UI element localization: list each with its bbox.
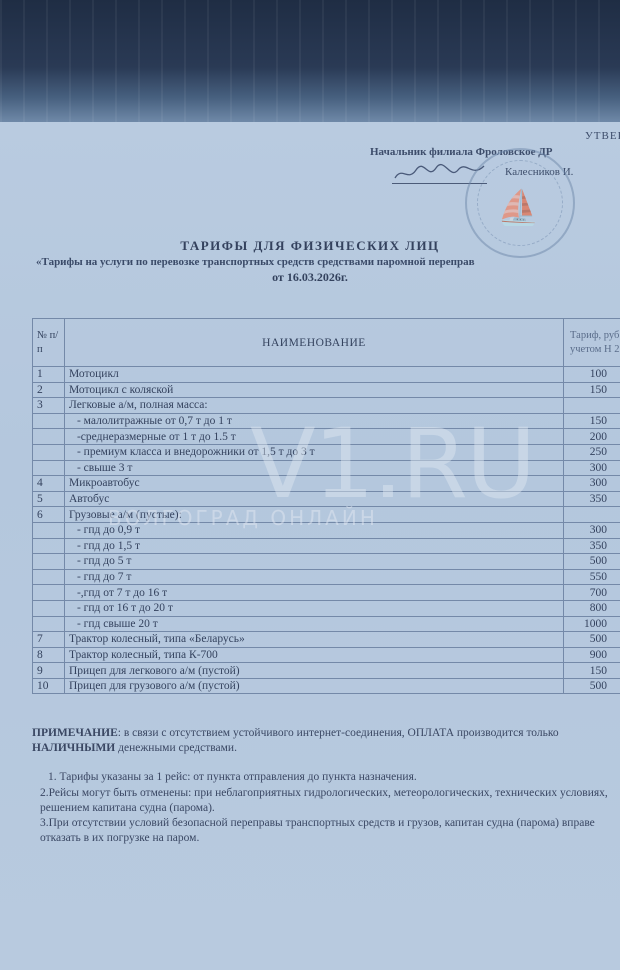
row-name: Легковые а/м, полная масса: <box>64 398 563 414</box>
row-name: Мотоцикл с коляской <box>64 382 563 398</box>
row-num: 7 <box>33 632 65 648</box>
row-price: 150 <box>564 663 620 679</box>
row-name: - премиум класса и внедорожники от 1,5 т… <box>64 444 563 460</box>
table-row: 4Микроавтобус300 <box>33 476 620 492</box>
row-name: Грузовые а/м (пустые): <box>64 507 563 523</box>
row-num <box>33 569 65 585</box>
row-price: 500 <box>564 554 620 570</box>
row-price: 900 <box>564 647 620 663</box>
row-name: - гпд до 7 т <box>64 569 563 585</box>
header-num: № п/п <box>33 319 65 367</box>
row-name: Мотоцикл <box>64 367 563 383</box>
note-text-1: : в связи с отсутствием устойчивого инте… <box>118 727 559 739</box>
row-num: 2 <box>33 382 65 398</box>
table-row: - гпд до 1,5 т350 <box>33 538 620 554</box>
row-num <box>33 429 65 445</box>
row-name: - гпд свыше 20 т <box>64 616 563 632</box>
table-row: 10Прицеп для грузового а/м (пустой)500 <box>33 678 620 694</box>
row-name: - гпд от 16 т до 20 т <box>64 600 563 616</box>
document-subtitle: «Тарифы на услуги по перевозке транспорт… <box>36 256 620 268</box>
row-num: 4 <box>33 476 65 492</box>
table-row: 5Автобус350 <box>33 491 620 507</box>
table-row: - гпд до 0,9 т300 <box>33 522 620 538</box>
row-price: 500 <box>564 632 620 648</box>
row-price: 700 <box>564 585 620 601</box>
table-row: - малолитражные от 0,7 т до 1 т150 <box>33 413 620 429</box>
table-header-row: № п/п НАИМЕНОВАНИЕ Тариф, руб (с учетом … <box>33 319 620 367</box>
row-name: Трактор колесный, типа К-700 <box>64 647 563 663</box>
tariff-table: № п/п НАИМЕНОВАНИЕ Тариф, руб (с учетом … <box>32 318 620 694</box>
table-row: 3Легковые а/м, полная масса: <box>33 398 620 414</box>
document-title: ТАРИФЫ ДЛЯ ФИЗИЧЕСКИХ ЛИЦ <box>0 238 620 254</box>
row-price: 800 <box>564 600 620 616</box>
row-price: 350 <box>564 491 620 507</box>
table-row: 8Трактор колесный, типа К-700900 <box>33 647 620 663</box>
row-price: 550 <box>564 569 620 585</box>
row-name: Прицеп для грузового а/м (пустой) <box>64 678 563 694</box>
table-row: - премиум класса и внедорожники от 1,5 т… <box>33 444 620 460</box>
row-price: 150 <box>564 382 620 398</box>
note-text-2: денежными средствами. <box>115 742 237 754</box>
row-price: 100 <box>564 367 620 383</box>
rule-item: 3.При отсутствии условий безопасной пере… <box>40 816 620 846</box>
row-price: 250 <box>564 444 620 460</box>
row-price: 300 <box>564 522 620 538</box>
row-num: 8 <box>33 647 65 663</box>
row-num: 6 <box>33 507 65 523</box>
row-num: 1 <box>33 367 65 383</box>
row-num <box>33 413 65 429</box>
payment-note: ПРИМЕЧАНИЕ: в связи с отсутствием устойч… <box>32 726 612 756</box>
document-date: от 16.03.2026г. <box>0 270 620 285</box>
table-row: - гпд от 16 т до 20 т800 <box>33 600 620 616</box>
table-row: - гпд до 7 т550 <box>33 569 620 585</box>
row-price: 200 <box>564 429 620 445</box>
rule-item: 1. Тарифы указаны за 1 рейс: от пункта о… <box>40 770 620 785</box>
row-name: Трактор колесный, типа «Беларусь» <box>64 632 563 648</box>
row-name: - свыше 3 т <box>64 460 563 476</box>
row-name: -среднеразмерные от 1 т до 1.5 т <box>64 429 563 445</box>
row-num <box>33 585 65 601</box>
row-num: 10 <box>33 678 65 694</box>
row-name: - малолитражные от 0,7 т до 1 т <box>64 413 563 429</box>
row-name: Прицеп для легкового а/м (пустой) <box>64 663 563 679</box>
row-name: -,гпд от 7 т до 16 т <box>64 585 563 601</box>
row-num: 3 <box>33 398 65 414</box>
table-row: - гпд свыше 20 т1000 <box>33 616 620 632</box>
row-price <box>564 398 620 414</box>
note-label: ПРИМЕЧАНИЕ <box>32 727 118 739</box>
table-row: 1Мотоцикл100 <box>33 367 620 383</box>
table-row: 2Мотоцикл с коляской150 <box>33 382 620 398</box>
table-row: 9Прицеп для легкового а/м (пустой)150 <box>33 663 620 679</box>
row-num <box>33 538 65 554</box>
row-price: 1000 <box>564 616 620 632</box>
row-price: 150 <box>564 413 620 429</box>
row-name: - гпд до 1,5 т <box>64 538 563 554</box>
header-price: Тариф, руб (с учетом Н 22%) <box>564 319 620 367</box>
row-price: 500 <box>564 678 620 694</box>
row-num <box>33 522 65 538</box>
row-name: - гпд до 5 т <box>64 554 563 570</box>
table-row: 7Трактор колесный, типа «Беларусь»500 <box>33 632 620 648</box>
rule-item: 2.Рейсы могут быть отменены: при неблаго… <box>40 786 620 816</box>
table-row: - свыше 3 т300 <box>33 460 620 476</box>
row-name: Автобус <box>64 491 563 507</box>
row-num: 9 <box>33 663 65 679</box>
row-num <box>33 554 65 570</box>
row-price: 350 <box>564 538 620 554</box>
rules-list: 1. Тарифы указаны за 1 рейс: от пункта о… <box>40 770 620 846</box>
table-row: - гпд до 5 т500 <box>33 554 620 570</box>
row-num <box>33 444 65 460</box>
row-num <box>33 600 65 616</box>
note-emphasis: НАЛИЧНЫМИ <box>32 742 115 754</box>
table-row: 6Грузовые а/м (пустые): <box>33 507 620 523</box>
approval-heading: УТВЕРЖДА <box>585 130 620 142</box>
row-num <box>33 460 65 476</box>
row-num: 5 <box>33 491 65 507</box>
row-price: 300 <box>564 476 620 492</box>
table-row: -,гпд от 7 т до 16 т700 <box>33 585 620 601</box>
row-name: Микроавтобус <box>64 476 563 492</box>
row-price <box>564 507 620 523</box>
row-price: 300 <box>564 460 620 476</box>
table-row: -среднеразмерные от 1 т до 1.5 т200 <box>33 429 620 445</box>
row-num <box>33 616 65 632</box>
row-name: - гпд до 0,9 т <box>64 522 563 538</box>
background-glass <box>0 0 620 122</box>
header-name: НАИМЕНОВАНИЕ <box>64 319 563 367</box>
